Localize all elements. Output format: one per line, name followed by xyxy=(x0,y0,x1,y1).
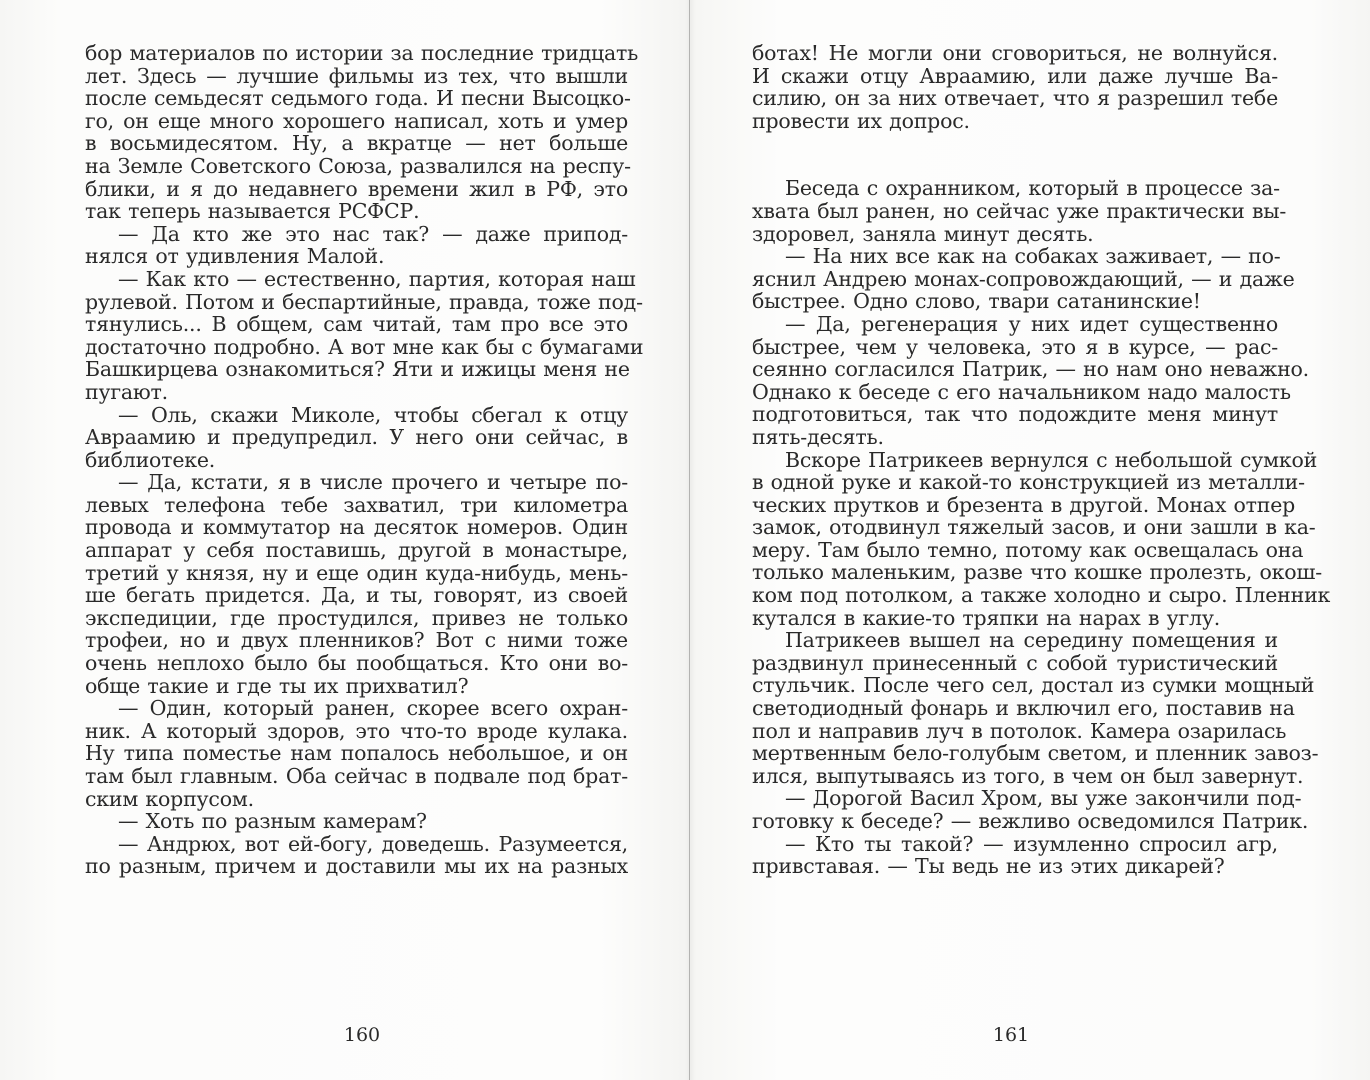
text-line: Ну типа поместье нам попалось небольшое,… xyxy=(85,742,628,765)
text-line: пять-десять. xyxy=(752,426,1278,449)
text-line: лет. Здесь — лучшие фильмы из тех, что в… xyxy=(85,65,628,88)
text-line: библиотеке. xyxy=(85,449,628,472)
text-line: кутался в какие-то тряпки на нарах в угл… xyxy=(752,607,1278,630)
text-line: Беседа с охранником, который в процессе … xyxy=(752,177,1278,200)
left-page: бор материалов по истории за последние т… xyxy=(85,42,628,878)
text-line: И скажи отцу Авраамию, или даже лучше Ва… xyxy=(752,65,1278,88)
text-line: Патрикеев вышел на середину помещения и xyxy=(752,629,1278,652)
page-number-right: 161 xyxy=(971,1024,1051,1046)
text-line: привставая. — Ты ведь не из этих дикарей… xyxy=(752,855,1278,878)
text-line: меру. Там было темно, потому как освещал… xyxy=(752,539,1278,562)
text-line: готовку к беседе? — вежливо осведомился … xyxy=(752,810,1278,833)
text-line: левых телефона тебе захватил, три киломе… xyxy=(85,494,628,517)
text-line: блики, и я до недавнего времени жил в РФ… xyxy=(85,178,628,201)
text-line: подготовиться, так что подождите меня ми… xyxy=(752,403,1278,426)
text-line: ботах! Не могли они сговориться, не волн… xyxy=(752,42,1278,65)
text-line: — Оль, скажи Миколе, чтобы сбегал к отцу xyxy=(85,404,628,427)
text-line: — Кто ты такой? — изумленно спросил агр, xyxy=(752,833,1278,856)
text-line: — Да кто же это нас так? — даже припод- xyxy=(85,223,628,246)
text-line: Однако к беседе с его начальником надо м… xyxy=(752,381,1278,404)
text-line: светодиодный фонарь и включил его, поста… xyxy=(752,697,1278,720)
text-line: бор материалов по истории за последние т… xyxy=(85,42,628,65)
text-line: Авраамию и предупредил. У него они сейча… xyxy=(85,426,628,449)
text-line: — Да, регенерация у них идет существенно xyxy=(752,313,1278,336)
text-line: быстрее. Одно слово, твари сатанинские! xyxy=(752,290,1278,313)
text-line: — На них все как на собаках заживает, — … xyxy=(752,245,1278,268)
text-line: экспедиции, где простудился, привез не т… xyxy=(85,607,628,630)
text-line: очень неплохо было бы пообщаться. Кто он… xyxy=(85,652,628,675)
text-line: силию, он за них отвечает, что я разреши… xyxy=(752,87,1278,110)
text-line: — Как кто — естественно, партия, которая… xyxy=(85,268,628,291)
text-line: пугают. xyxy=(85,381,628,404)
text-line: на Земле Советского Союза, развалился на… xyxy=(85,155,628,178)
text-line: мертвенным бело-голубым светом, и пленни… xyxy=(752,742,1278,765)
text-line: ник. А который здоров, это что-то вроде … xyxy=(85,720,628,743)
text-line: — Да, кстати, я в числе прочего и четыре… xyxy=(85,471,628,494)
text-line: только маленьким, разве что кошке пролез… xyxy=(752,561,1278,584)
text-line: так теперь называется РСФСР. xyxy=(85,200,628,223)
book-spread: бор материалов по истории за последние т… xyxy=(0,0,1370,1080)
text-line: достаточно подробно. А вот мне как бы с … xyxy=(85,336,628,359)
text-line: рулевой. Потом и беспартийные, правда, т… xyxy=(85,291,628,314)
text-line: хвата был ранен, но сейчас уже практичес… xyxy=(752,200,1278,223)
text-line: третий у князя, ну и еще один куда-нибуд… xyxy=(85,562,628,585)
text-line: по разным, причем и доставили мы их на р… xyxy=(85,855,628,878)
text-line: после семьдесят седьмого года. И песни В… xyxy=(85,87,628,110)
text-line: в восьмидесятом. Ну, а вкратце — нет бол… xyxy=(85,132,628,155)
section-break xyxy=(752,132,1278,177)
text-line: ческих прутков и брезента в другой. Мона… xyxy=(752,494,1278,517)
text-line: здоровел, заняла минут десять. xyxy=(752,223,1278,246)
right-page: ботах! Не могли они сговориться, не волн… xyxy=(752,42,1278,878)
text-line: ше бегать придется. Да, и ты, говорят, и… xyxy=(85,584,628,607)
text-line: яснил Андрею монах-сопровождающий, — и д… xyxy=(752,268,1278,291)
text-line: ским корпусом. xyxy=(85,788,628,811)
text-line: го, он еще много хорошего написал, хоть … xyxy=(85,110,628,133)
text-line: — Андрюх, вот ей-богу, доведешь. Разумее… xyxy=(85,833,628,856)
text-line: — Дорогой Васил Хром, вы уже закончили п… xyxy=(752,787,1278,810)
text-line: — Один, который ранен, скорее всего охра… xyxy=(85,697,628,720)
text-line: замок, отодвинул тяжелый засов, и они за… xyxy=(752,516,1278,539)
text-line: сеянно согласился Патрик, — но нам оно н… xyxy=(752,358,1278,381)
text-line: трофеи, но и двух пленников? Вот с ними … xyxy=(85,629,628,652)
text-line: быстрее, чем у человека, это я в курсе, … xyxy=(752,336,1278,359)
text-line: ком под потолком, а также холодно и сыро… xyxy=(752,584,1278,607)
text-line: там был главным. Оба сейчас в подвале по… xyxy=(85,765,628,788)
text-line: стульчик. После чего сел, достал из сумк… xyxy=(752,674,1278,697)
text-line: Башкирцева ознакомиться? Яти и ижицы мен… xyxy=(85,358,628,381)
text-line: провести их допрос. xyxy=(752,110,1278,133)
text-line: — Хоть по разным камерам? xyxy=(85,810,628,833)
text-line: аппарат у себя поставишь, другой в монас… xyxy=(85,539,628,562)
text-line: пол и направив луч в потолок. Камера оза… xyxy=(752,720,1278,743)
text-line: провода и коммутатор на десяток номеров.… xyxy=(85,516,628,539)
text-line: тянулись... В общем, сам читай, там про … xyxy=(85,313,628,336)
text-line: обще такие и где ты их прихватил? xyxy=(85,675,628,698)
text-line: Вскоре Патрикеев вернулся с небольшой су… xyxy=(752,449,1278,472)
text-line: нялся от удивления Малой. xyxy=(85,245,628,268)
text-line: ился, выпутываясь из того, в чем он был … xyxy=(752,765,1278,788)
gutter-divider xyxy=(689,0,690,1080)
text-line: раздвинул принесенный с собой туристичес… xyxy=(752,652,1278,675)
page-number-left: 160 xyxy=(322,1024,402,1046)
text-line: в одной руке и какой-то конструкцией из … xyxy=(752,471,1278,494)
